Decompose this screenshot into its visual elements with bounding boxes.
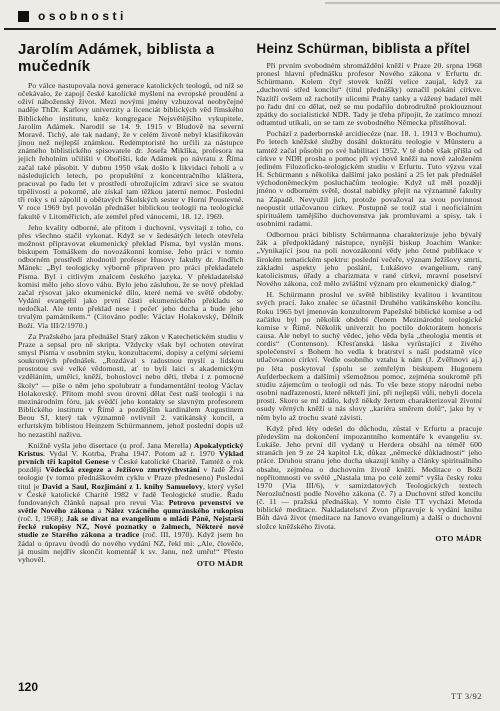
article-body-schurman: Při prvním svobodném shromáždění kněží v…: [257, 62, 483, 531]
article-signature-schurman: OTO MÁDR: [257, 534, 483, 543]
paragraph: Při prvním svobodném shromáždění kněží v…: [257, 62, 483, 127]
section-label: osobnosti: [38, 9, 127, 23]
page-number: 120: [18, 680, 38, 694]
scan-artifact-line: [325, 2, 500, 4]
paragraph: Jeho kvality odborné, ale přitom i ducho…: [18, 224, 244, 330]
paragraph: Knižně vyšla jeho disertace (u prof. Jan…: [18, 442, 244, 564]
issue-label: TT 3/92: [451, 691, 482, 701]
paragraph: Za Pražského jara přednášel Starý zákon …: [18, 333, 244, 439]
section-bullet-icon: [18, 11, 29, 22]
page-footer: 120 TT 3/92: [18, 687, 482, 701]
paragraph: Po válce nastupovala nová generace katol…: [18, 82, 244, 221]
paragraph: Pochází z paderbornské arcidiecéze (nar.…: [257, 130, 483, 228]
paragraph: Když před léty odešel do důchodu, zůstal…: [257, 425, 483, 531]
article-body-adamek: Po válce nastupovala nová generace katol…: [18, 82, 244, 564]
article-adamek: Jarolím Adámek, biblista a mučedník Po v…: [18, 41, 244, 568]
article-title-schurman: Heinz Schürman, biblista a přítel: [257, 41, 483, 57]
article-schurman: Heinz Schürman, biblista a přítel Při pr…: [257, 41, 483, 568]
paragraph: Odbornou práci biblisty Schürmanna chara…: [257, 231, 483, 288]
article-signature-adamek: OTO MÁDR: [18, 559, 244, 568]
article-title-adamek: Jarolím Adámek, biblista a mučedník: [18, 41, 244, 75]
article-columns: Jarolím Adámek, biblista a mučedník Po v…: [18, 41, 482, 568]
header-rule: [4, 28, 496, 30]
section-header: osobnosti: [18, 8, 482, 24]
magazine-page: osobnosti Jarolím Adámek, biblista a muč…: [0, 0, 500, 711]
paragraph: H. Schürmann proslul ve světě biblistiky…: [257, 291, 483, 422]
